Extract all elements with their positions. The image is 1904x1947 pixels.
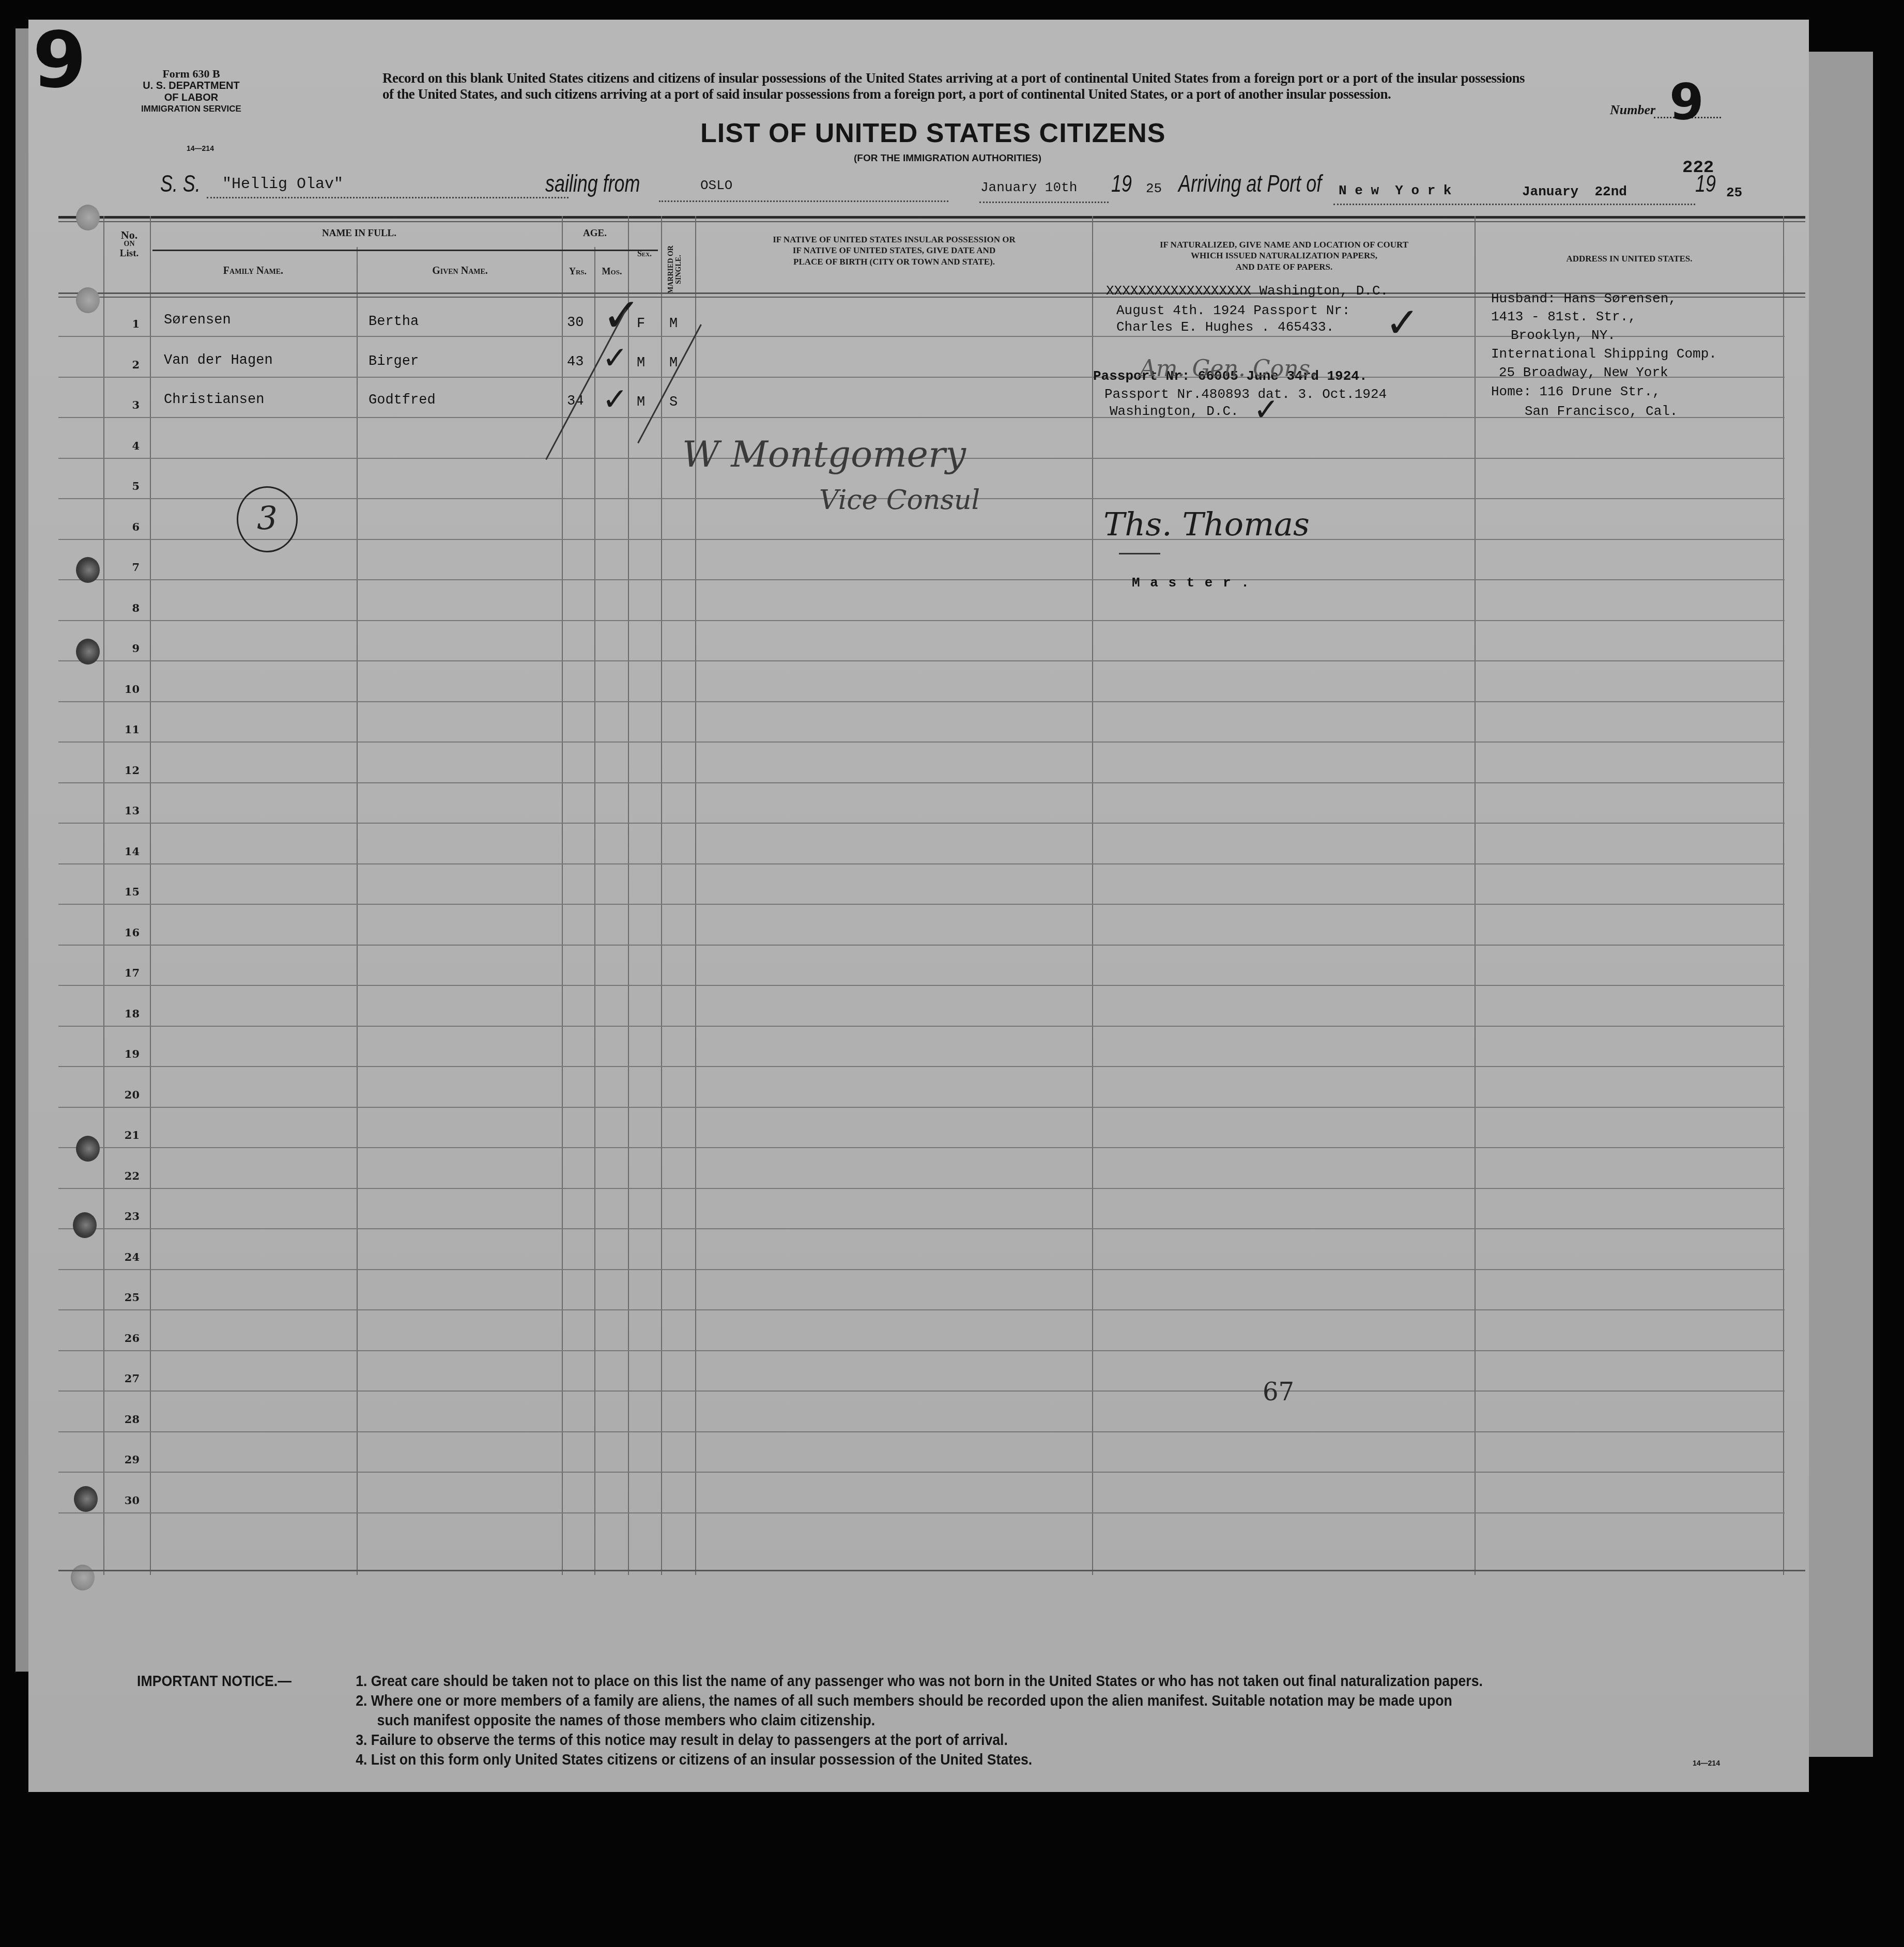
header-yrs: Yrs. [561,266,595,277]
address-line-2: 1413 - 81st. Str., [1491,309,1636,324]
header-address: ADDRESS IN UNITED STATES. [1476,253,1783,264]
row-rule [58,985,1785,986]
row-number: 10 [109,683,140,696]
row-number: 1 [109,317,140,330]
col-line [150,216,151,1575]
arrival-port: N e w Y o r k [1339,183,1451,198]
header-no: No. [111,229,147,241]
year-prefix-departure: 19 [1111,169,1132,197]
number-label: Number [1610,102,1655,118]
row-rule [58,823,1785,824]
header-native-line-2: IF NATIVE OF UNITED STATES, GIVE DATE AN… [698,245,1091,256]
row-rule [58,1066,1785,1067]
sex: M [637,395,645,410]
marital-status: S [669,395,678,410]
arrival-year: 25 [1726,185,1742,200]
header-rule-top [58,216,1805,219]
row-number: 11 [109,723,140,736]
row-number: 26 [109,1332,140,1345]
header-mos: Mos. [595,266,629,277]
number-value: 9 [1669,73,1704,131]
row-number: 15 [109,885,140,898]
row-number: 30 [109,1494,140,1507]
header-naturalized-line-2: WHICH ISSUED NATURALIZATION PAPERS, [1094,250,1474,261]
given-name: Bertha [368,314,419,330]
binder-hole [76,1136,100,1162]
circled-passenger-count: 3 [237,486,298,552]
binder-hole [76,639,100,665]
row-number: 16 [109,926,140,939]
col-line [357,247,358,1575]
header-married-or-single: MARRIED OR SINGLE. [668,245,683,293]
notice-item-3: 3. Failure to observe the terms of this … [356,1731,1008,1750]
notice-lead: IMPORTANT NOTICE.— [137,1672,291,1691]
row-number: 14 [109,845,140,858]
row-rule [58,579,1785,580]
row-rule [58,782,1785,783]
row-rule [58,1472,1785,1473]
row-number: 19 [109,1047,140,1060]
header-family-name: Family Name. [152,265,354,277]
binder-hole [76,287,100,313]
row-rule [58,701,1785,702]
header-naturalized-line-3: AND DATE OF PAPERS. [1094,261,1474,272]
row-rule [58,1350,1785,1351]
family-name: Van der Hagen [164,353,273,368]
list-number-field: Number 9 [1610,76,1765,128]
notice-item-2-continued: such manifest opposite the names of thos… [377,1711,876,1730]
row-number: 17 [109,966,140,979]
age-years: 43 [567,354,584,370]
header-sex: Sex. [628,250,661,259]
naturalization-line-3: Charles E. Hughes . 465433. [1116,319,1334,335]
header-native-birth: IF NATIVE OF UNITED STATES INSULAR POSSE… [698,234,1091,267]
row-number: 5 [109,480,140,492]
row-rule [58,1026,1785,1027]
binder-hole [76,205,100,230]
family-name: Sørensen [164,313,231,328]
form-header: Form 630 B U. S. DEPARTMENT OF LABOR IMM… [134,67,248,114]
row-rule [58,741,1785,743]
voyage-line: S. S. "Hellig Olav" sailing from OSLO Ja… [28,168,1809,215]
row-number: 4 [109,439,140,452]
row-number: 22 [109,1169,140,1182]
col-line [594,247,595,1575]
master-signature: Ths. Thomas [1103,505,1310,543]
header-list: List. [111,249,147,259]
row-rule [58,620,1785,621]
master-label: M a s t e r . [1132,575,1250,591]
row-number: 13 [109,804,140,817]
department-name: U. S. DEPARTMENT OF LABOR [134,80,248,104]
row-rule [58,660,1785,661]
departure-port: OSLO [700,178,732,193]
sex: M [637,356,645,371]
address-line-1: Home: 116 Drune Str., [1491,384,1661,399]
departure-port-line [659,200,948,202]
check-mark-icon: ✓ [1253,392,1279,428]
print-code-top: 14—214 [187,144,214,152]
row-number: 18 [109,1007,140,1020]
header-age: AGE. [562,227,628,240]
col-line [103,216,104,1575]
row-rule [58,1188,1785,1189]
row-rule [58,863,1785,864]
page-subtitle: (FOR THE IMMIGRATION AUTHORITIES) [854,153,1041,164]
check-mark-icon: ✓ [602,381,628,418]
year-prefix-arrival: 19 [1695,169,1716,197]
corner-page-number: 9 [33,16,86,105]
col-line [695,216,696,1575]
row-number: 24 [109,1250,140,1263]
vice-consul-signature: Vice Consul [819,485,980,516]
signature-underline [1119,553,1160,554]
naturalization-line-2: Washington, D.C. [1110,404,1239,419]
row-number: 7 [109,561,140,574]
given-name: Birger [368,354,419,369]
header-no-on-list: No. ON List. [111,229,147,259]
col-line [1783,216,1784,1575]
ship-name: "Hellig Olav" [222,176,343,193]
notice-item-4: 4. List on this form only United States … [356,1751,1032,1769]
ss-label: S. S. [160,169,201,197]
diagonal-stroke [637,324,702,443]
row-number: 2 [109,358,140,371]
header-married-or: MARRIED OR [668,245,675,293]
departure-date-line [979,202,1109,203]
row-number: 8 [109,601,140,614]
row-number: 23 [109,1210,140,1223]
row-rule [58,1431,1785,1432]
col-line [1092,216,1093,1575]
page-number: 67 [1263,1378,1294,1407]
consul-signature: W Montgomery [682,433,966,475]
age-years: 30 [567,315,584,331]
address-line-1: International Shipping Comp. [1491,346,1717,362]
header-given-name: Given Name. [359,265,561,277]
arriving-at-port-label: Arriving at Port of [1178,169,1322,197]
binder-hole [73,1212,97,1238]
row-rule [58,1147,1785,1148]
notice-item-2: 2. Where one or more members of a family… [356,1692,1452,1710]
address-line-3: Brooklyn, NY. [1511,328,1616,343]
header-single: SINGLE. [675,245,683,293]
row-rule [58,1269,1785,1270]
col-line [562,216,563,1575]
row-number: 28 [109,1413,140,1426]
arrival-port-line [1333,204,1695,205]
table-bottom-rule [58,1570,1805,1571]
row-rule [58,904,1785,905]
family-name: Christiansen [164,392,264,408]
address-line-2: 25 Broadway, New York [1499,365,1668,380]
arrival-date: January 22nd [1522,184,1627,199]
naturalization-line-2: August 4th. 1924 Passport Nr: [1116,303,1350,318]
row-number: 6 [109,520,140,533]
marital-status: M [669,316,678,332]
header-naturalized-line-1: IF NATURALIZED, GIVE NAME AND LOCATION O… [1094,239,1474,250]
row-number: 21 [109,1129,140,1141]
row-number: 9 [109,642,140,655]
given-name: Godtfred [368,393,436,408]
col-line [628,216,629,1575]
ship-name-line [207,197,569,198]
service-name: IMMIGRATION SERVICE [134,104,248,114]
address-line-2: San Francisco, Cal. [1525,404,1678,419]
handwritten-note: Am. Gen. Cons. [1140,356,1317,382]
row-rule [58,1107,1785,1108]
header-naturalized: IF NATURALIZED, GIVE NAME AND LOCATION O… [1094,239,1474,272]
check-mark-icon: ✓ [1385,299,1420,347]
naturalization-line-1: Passport Nr.480893 dat. 3. Oct.1924 [1104,387,1387,402]
header-native-line-3: PLACE OF BIRTH (CITY OR TOWN AND STATE). [698,256,1091,267]
row-rule [58,1309,1785,1310]
row-rule [58,1390,1785,1392]
row-number: 12 [109,764,140,777]
row-rule [58,945,1785,946]
col-line [1475,216,1476,1575]
sailing-from-label: sailing from [545,169,640,197]
row-rule [58,1228,1785,1229]
page-title: LIST OF UNITED STATES CITIZENS [700,118,1166,149]
header-on: ON [111,241,147,249]
binder-hole [76,557,100,583]
row-number: 27 [109,1372,140,1385]
binder-hole [74,1486,98,1512]
form-number: Form 630 B [134,67,248,80]
row-rule [58,1512,1785,1513]
departure-date: January 10th [980,180,1077,195]
row-number: 29 [109,1453,140,1466]
row-number: 25 [109,1291,140,1304]
header-rule-top-thin [58,221,1805,222]
header-native-line-1: IF NATIVE OF UNITED STATES INSULAR POSSE… [698,234,1091,245]
naturalization-line-1: XXXXXXXXXXXXXXXXXX Washington, D.C. [1106,283,1388,299]
name-header-rule [152,250,658,251]
notice-item-1: 1. Great care should be taken not to pla… [356,1672,1483,1691]
print-code-bottom: 14—214 [1693,1759,1720,1767]
row-number: 3 [109,398,140,411]
header-name-in-full: NAME IN FULL. [204,227,514,240]
departure-year: 25 [1146,181,1162,196]
row-rule [58,539,1785,540]
binder-hole [71,1565,95,1590]
address-line-1: Husband: Hans Sørensen, [1491,291,1677,306]
row-number: 20 [109,1088,140,1101]
manifest-page: 9 Form 630 B U. S. DEPARTMENT OF LABOR I… [28,20,1809,1792]
col-line [661,216,662,1575]
instructions-paragraph: Record on this blank United States citiz… [382,70,1525,102]
